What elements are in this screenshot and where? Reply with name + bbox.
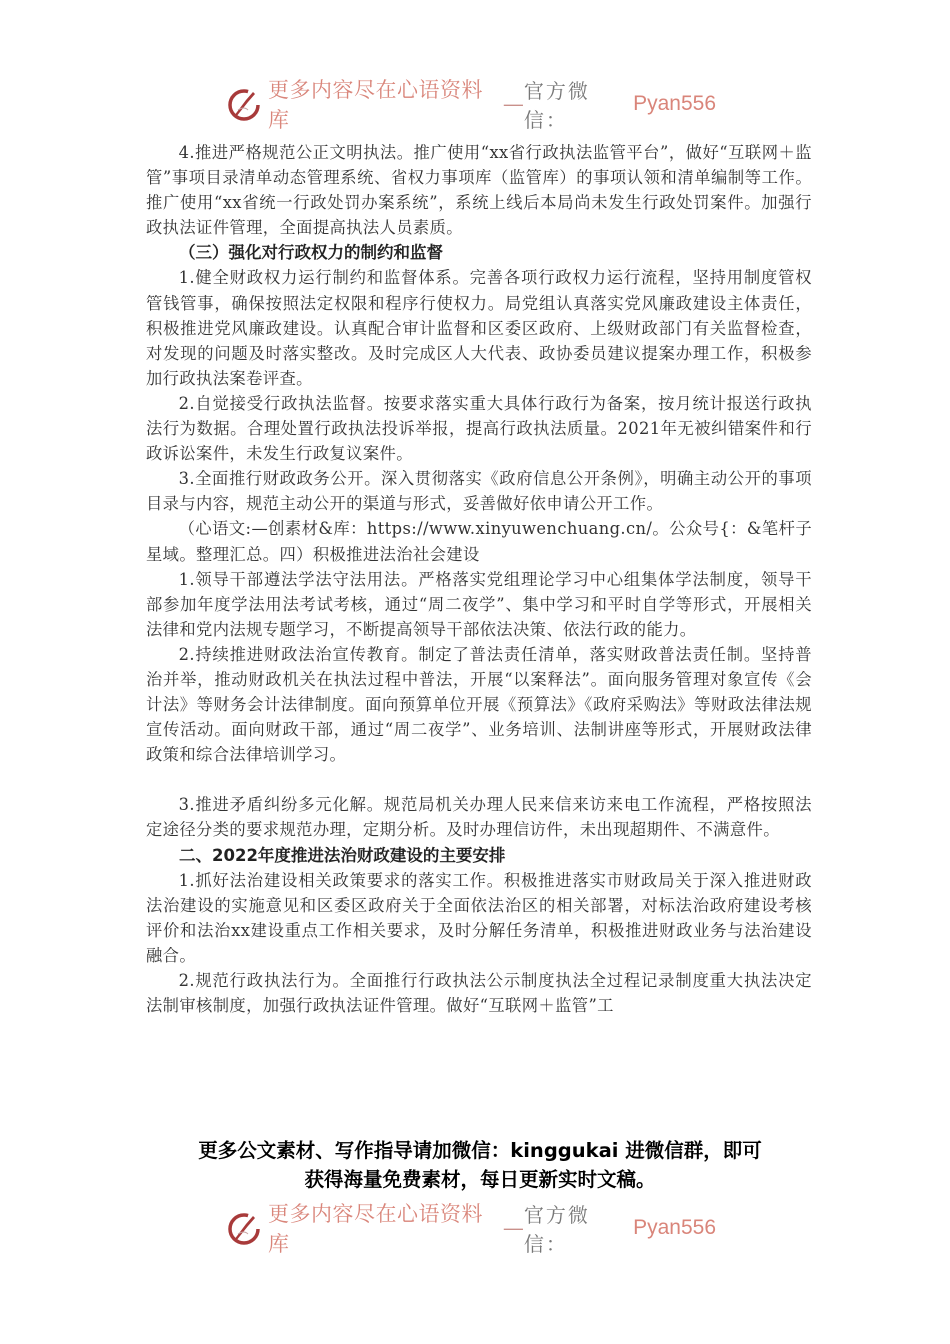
document-body: 4.推进严格规范公正文明执法。推广使用“xx省行政执法监管平台”，做好“互联网＋… — [146, 140, 812, 1018]
header-banner: 更多内容尽在心语资料库 — 官方微信： Pyan556 — [226, 84, 716, 124]
paragraph-watermark-section-4: （心语文:—创素材&库：https://www.xinyuwenchuang.c… — [146, 516, 812, 566]
paragraph-4-strict-enforcement: 4.推进严格规范公正文明执法。推广使用“xx省行政执法监管平台”，做好“互联网＋… — [146, 140, 812, 240]
banner-slogan: 更多内容尽在心语资料库 — [268, 1198, 503, 1258]
banner-slogan: 更多内容尽在心语资料库 — [268, 74, 503, 134]
promo-notice: 更多公文素材、写作指导请加微信：kinggukai 进微信群，即可 获得海量免费… — [140, 1136, 820, 1194]
banner-wechat-label: 官方微信： — [524, 1199, 633, 1257]
paragraph-3-gov-affairs-openness: 3.全面推行财政政务公开。深入贯彻落实《政府信息公开条例》，明确主动公开的事项目… — [146, 466, 812, 516]
paragraph-1-leaders-law: 1.领导干部遵法学法守法用法。严格落实党组理论学习中心组集体学法制度，领导干部参… — [146, 567, 812, 642]
paragraph-2-law-education: 2.持续推进财政法治宣传教育。制定了普法责任清单，落实财政普法责任制。坚持普治并… — [146, 642, 812, 767]
banner-dash: — — [503, 1216, 524, 1240]
banner-wechat-id: Pyan556 — [633, 92, 716, 116]
banner-wechat-id: Pyan556 — [633, 1216, 716, 1240]
quill-pen-logo-icon — [226, 86, 262, 122]
section-heading-3: （三）强化对行政权力的制约和监督 — [146, 240, 812, 265]
paragraph-1-policy-implementation: 1.抓好法治建设相关政策要求的落实工作。积极推进落实市财政局关于深入推进财政法治… — [146, 868, 812, 968]
blank-line — [146, 767, 812, 792]
promo-line-1: 更多公文素材、写作指导请加微信：kinggukai 进微信群，即可 — [140, 1136, 820, 1165]
quill-pen-logo-icon — [226, 1210, 262, 1246]
banner-wechat-label: 官方微信： — [524, 75, 633, 133]
paragraph-2-regulate-enforcement: 2.规范行政执法行为。全面推行行政执法公示制度执法全过程记录制度重大执法决定法制… — [146, 968, 812, 1018]
paragraph-1-power-supervision: 1.健全财政权力运行制约和监督体系。完善各项行政权力运行流程，坚持用制度管权管钱… — [146, 265, 812, 390]
paragraph-2-enforcement-supervision: 2.自觉接受行政执法监督。按要求落实重大具体行政行为备案，按月统计报送行政执法行… — [146, 391, 812, 466]
paragraph-3-dispute-resolution: 3.推进矛盾纠纷多元化解。规范局机关办理人民来信来访来电工作流程，严格按照法定途… — [146, 792, 812, 842]
banner-dash: — — [503, 92, 524, 116]
section-heading-2022-plan: 二、2022年度推进法治财政建设的主要安排 — [146, 843, 812, 868]
footer-banner: 更多内容尽在心语资料库 — 官方微信： Pyan556 — [226, 1208, 716, 1248]
promo-line-2: 获得海量免费素材，每日更新实时文稿。 — [140, 1165, 820, 1194]
